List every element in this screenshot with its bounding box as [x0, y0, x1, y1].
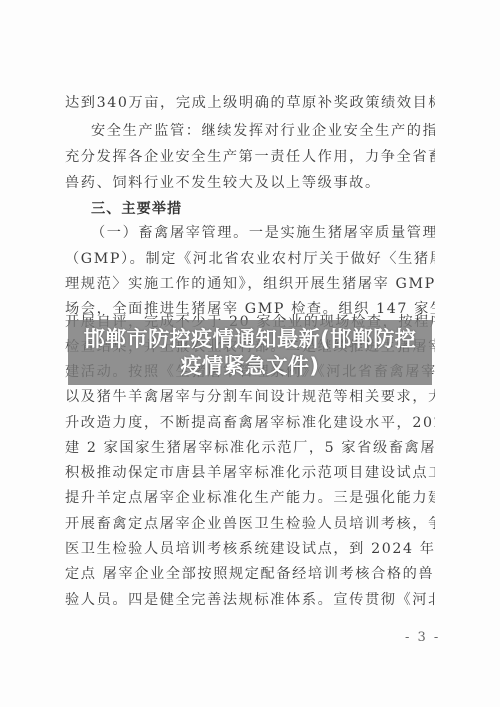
text-line: 定点 屠宰企业全部按照规定配备经培训考核合格的兽医卫生检	[65, 561, 435, 587]
text-line: 提升羊定点屠宰企业标准化生产能力。三是强化能力建设。规范	[65, 485, 435, 511]
text-line: 积极推动保定市唐县羊屠宰标准化示范项目建设试点工作，全面	[65, 460, 435, 486]
text-line: （GMP）。制定《河北省农业农村厅关于做好〈生猪屠宰质量管	[65, 246, 435, 272]
text-line: 安全生产监管：继续发挥对行业企业安全生产的指导作用，	[91, 118, 435, 144]
text-line: 医卫生检验人员培训考核系统建设试点，到 2024 年底全省生猪	[65, 536, 435, 562]
text-line: 达到340万亩，完成上级明确的草原补奖政策绩效目标任务。	[65, 90, 435, 116]
text-line: （一）畜禽屠宰管理。一是实施生猪屠宰质量管理规范	[91, 220, 435, 246]
text-line: 验人员。四是健全完善法规标准体系。宣传贯彻《河北省畜禽屠	[65, 587, 435, 613]
title-overlay-banner: 邯郸市防控疫情通知最新(邯郸防控 疫情紧急文件)	[68, 320, 432, 385]
document-page: 达到340万亩，完成上级明确的草原补奖政策绩效目标任务。 安全生产监管：继续发挥…	[0, 0, 500, 707]
text-line: 理规范〉实施工作的通知》，组织开展生猪屠宰 GMP 检查试点现	[65, 271, 435, 297]
text-line: 升改造力度，不断提高畜禽屠宰标准化建设水平，2024 年再创	[65, 410, 435, 436]
banner-title-line-2: 疫情紧急文件)	[180, 353, 319, 380]
banner-title-line-1: 邯郸市防控疫情通知最新(邯郸防控	[84, 326, 417, 353]
text-line: 以及猪牛羊禽屠宰与分割车间设计规范等相关要求，大力开展提	[65, 384, 435, 410]
text-line: 充分发挥各企业安全生产第一责任人作用，力争全省畜禽屠宰、	[65, 144, 435, 170]
text-line: 建 2 家国家生猪屠宰标准化示范厂，5 家省级畜禽屠宰标准化厂。	[65, 435, 435, 461]
section-heading: 三、主要举措	[91, 196, 435, 222]
text-line: 开展畜禽定点屠宰企业兽医卫生检验人员培训考核，争取国家兽	[65, 511, 435, 537]
page-number: - 3 -	[405, 630, 440, 645]
text-line: 兽药、饲料行业不发生较大及以上等级事故。	[65, 170, 435, 196]
